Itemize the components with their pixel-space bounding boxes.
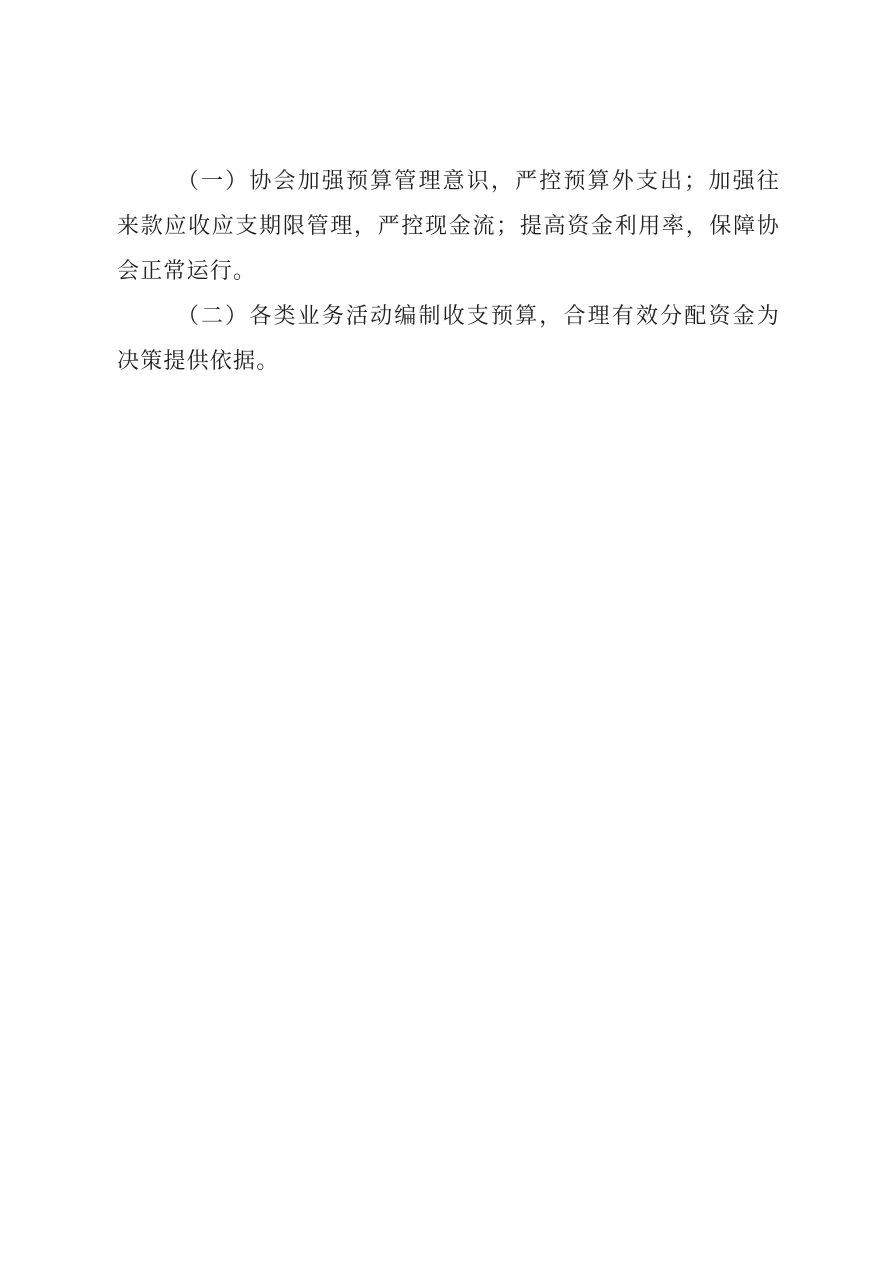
- document-page: （一）协会加强预算管理意识，严控预算外支出；加强往来款应收应支期限管理，严控现金…: [0, 0, 892, 1262]
- paragraph-1: （一）协会加强预算管理意识，严控预算外支出；加强往来款应收应支期限管理，严控现金…: [117, 158, 780, 293]
- paragraph-2: （二）各类业务活动编制收支预算，合理有效分配资金为决策提供依据。: [117, 293, 780, 383]
- document-body: （一）协会加强预算管理意识，严控预算外支出；加强往来款应收应支期限管理，严控现金…: [117, 158, 780, 383]
